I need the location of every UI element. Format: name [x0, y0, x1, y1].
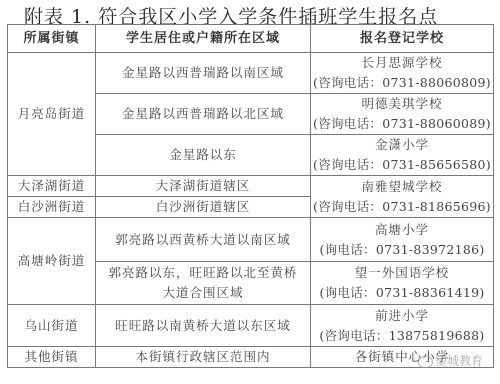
school-name: 高塘小学	[311, 220, 493, 240]
area-cell: 郭亮路以西黄桥大道以南区域	[96, 218, 311, 262]
table-header-row: 所属街镇 学生居住或户籍所在区域 报名登记学校	[8, 25, 494, 53]
town-cell: 其他街镇	[8, 347, 96, 368]
school-cell: 金潇小学 (咨询电话：0731-85656580)	[311, 135, 494, 176]
area-cell: 白沙洲街道辖区	[96, 197, 311, 218]
school-name: 金潇小学	[311, 135, 493, 155]
school-phone: (咨询电话：13875819688)	[311, 326, 493, 346]
school-phone: (询电话：0731-88361419)	[311, 283, 493, 303]
area-cell: 本街镇行政辖区范围内	[96, 347, 311, 368]
town-cell: 月亮岛街道	[8, 53, 96, 176]
school-name: 望一外国语学校	[311, 263, 493, 283]
school-phone: (咨询电话：0731-85656580)	[311, 155, 493, 175]
header-area: 学生居住或户籍所在区域	[96, 25, 311, 53]
school-phone: (咨询电话：0731-88060089)	[311, 114, 493, 134]
school-cell: 南雅望城学校 (咨询电话：0731-81865696)	[311, 176, 494, 218]
town-cell: 大泽湖街道	[8, 176, 96, 197]
school-name: 长月思源学校	[311, 53, 493, 73]
school-phone: (咨询电话：0731-81865696)	[311, 197, 493, 217]
school-cell: 望一外国语学校 (询电话：0731-88361419)	[311, 262, 494, 305]
school-phone: (咨询电话：0731-88060809)	[311, 73, 493, 93]
registration-table: 所属街镇 学生居住或户籍所在区域 报名登记学校 月亮岛街道 金星路以西普瑞路以南…	[7, 24, 494, 368]
area-cell: 大泽湖街道辖区	[96, 176, 311, 197]
area-cell: 金星路以西普瑞路以南区域	[96, 53, 311, 94]
table-row: 大泽湖街道 大泽湖街道辖区 南雅望城学校 (咨询电话：0731-81865696…	[8, 176, 494, 197]
school-cell: 高塘小学 (询电话：0731-83972186)	[311, 218, 494, 262]
table-row: 高塘岭街道 郭亮路以西黄桥大道以南区域 高塘小学 (询电话：0731-83972…	[8, 218, 494, 262]
school-name: 明德美琪学校	[311, 94, 493, 114]
school-name: 前进小学	[311, 306, 493, 326]
area-cell: 郭亮路以东，旺旺路以北至黄桥大道合围区域	[96, 262, 311, 305]
school-cell: 明德美琪学校 (咨询电话：0731-88060089)	[311, 94, 494, 135]
town-cell: 白沙洲街道	[8, 197, 96, 218]
header-town: 所属街镇	[8, 25, 96, 53]
watermark: 望城教育	[418, 352, 483, 369]
school-cell: 前进小学 (咨询电话：13875819688)	[311, 305, 494, 347]
town-cell: 高塘岭街道	[8, 218, 96, 305]
area-cell: 金星路以西普瑞路以北区域	[96, 94, 311, 135]
watermark-text: 望城教育	[435, 354, 483, 368]
table-row: 月亮岛街道 金星路以西普瑞路以南区域 长月思源学校 (咨询电话：0731-880…	[8, 53, 494, 94]
town-cell: 乌山街道	[8, 305, 96, 347]
header-school: 报名登记学校	[311, 25, 494, 53]
wechat-icon	[418, 356, 433, 368]
area-cell: 旺旺路以南黄桥大道以东区域	[96, 305, 311, 347]
school-name: 南雅望城学校	[311, 177, 493, 197]
school-cell: 长月思源学校 (咨询电话：0731-88060809)	[311, 53, 494, 94]
area-cell: 金星路以东	[96, 135, 311, 176]
table-row: 乌山街道 旺旺路以南黄桥大道以东区域 前进小学 (咨询电话：1387581968…	[8, 305, 494, 347]
school-phone: (询电话：0731-83972186)	[311, 240, 493, 260]
